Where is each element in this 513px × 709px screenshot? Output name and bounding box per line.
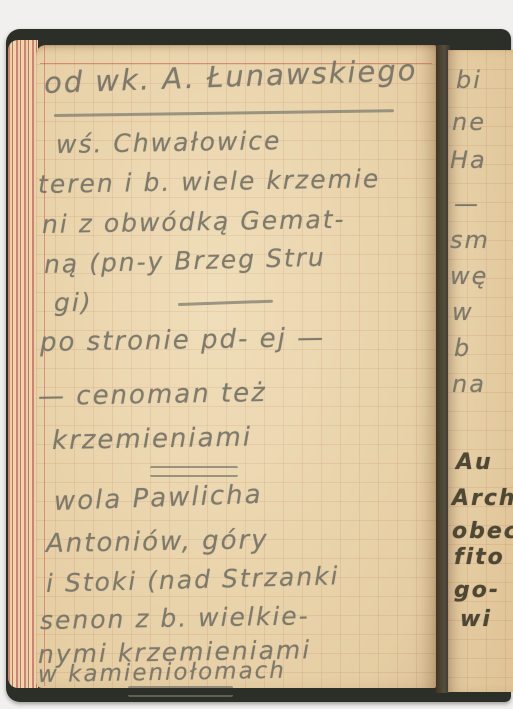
handwriting-fragment: sm bbox=[450, 226, 490, 254]
handwriting-line: ni z obwódką Gemat- bbox=[42, 205, 346, 239]
handwriting-line: krzemieniami bbox=[52, 423, 253, 456]
handwriting-line: teren i b. wiele krzemie bbox=[38, 164, 381, 199]
handwriting-fragment: ne bbox=[452, 108, 486, 136]
handwriting-fragment-ink: obec bbox=[452, 519, 513, 544]
handwriting-fragment: na bbox=[452, 370, 486, 398]
handwriting-fragment: wę bbox=[450, 262, 488, 290]
handwriting-fragment: w bbox=[452, 298, 474, 326]
handwriting-fragment-ink: fito bbox=[454, 545, 505, 570]
handwriting-fragment: Ha bbox=[450, 146, 487, 174]
handwriting-fragment-ink: Au bbox=[456, 450, 493, 475]
handwriting-line: w kamieniołomach bbox=[38, 658, 286, 688]
notebook-photo: { "document_kind": "photograph of an ope… bbox=[0, 0, 513, 709]
handwriting-fragment: b bbox=[454, 334, 471, 362]
handwriting-fragment-ink: go- bbox=[454, 578, 500, 603]
handwriting-line: wś. Chwałowice bbox=[56, 126, 282, 159]
handwriting-line: po stronie pd- ej — bbox=[40, 323, 326, 358]
handwriting-fragment: — bbox=[454, 190, 480, 218]
double-underline-stroke bbox=[150, 466, 238, 477]
handwriting-line: senon z b. wielkie- bbox=[40, 601, 310, 635]
handwriting-line: gi) bbox=[54, 288, 93, 317]
handwriting-fragment-ink: Arch bbox=[452, 486, 513, 511]
red-margin-line-vertical bbox=[44, 46, 45, 686]
handwriting-line: — cenoman też bbox=[38, 378, 267, 412]
page-fore-edges bbox=[8, 40, 38, 688]
handwriting-line: Antoniów, góry bbox=[46, 525, 269, 559]
handwriting-fragment: bi bbox=[456, 66, 482, 94]
handwriting-fragment-ink: wi bbox=[460, 607, 492, 632]
double-underline-stroke bbox=[128, 686, 233, 697]
